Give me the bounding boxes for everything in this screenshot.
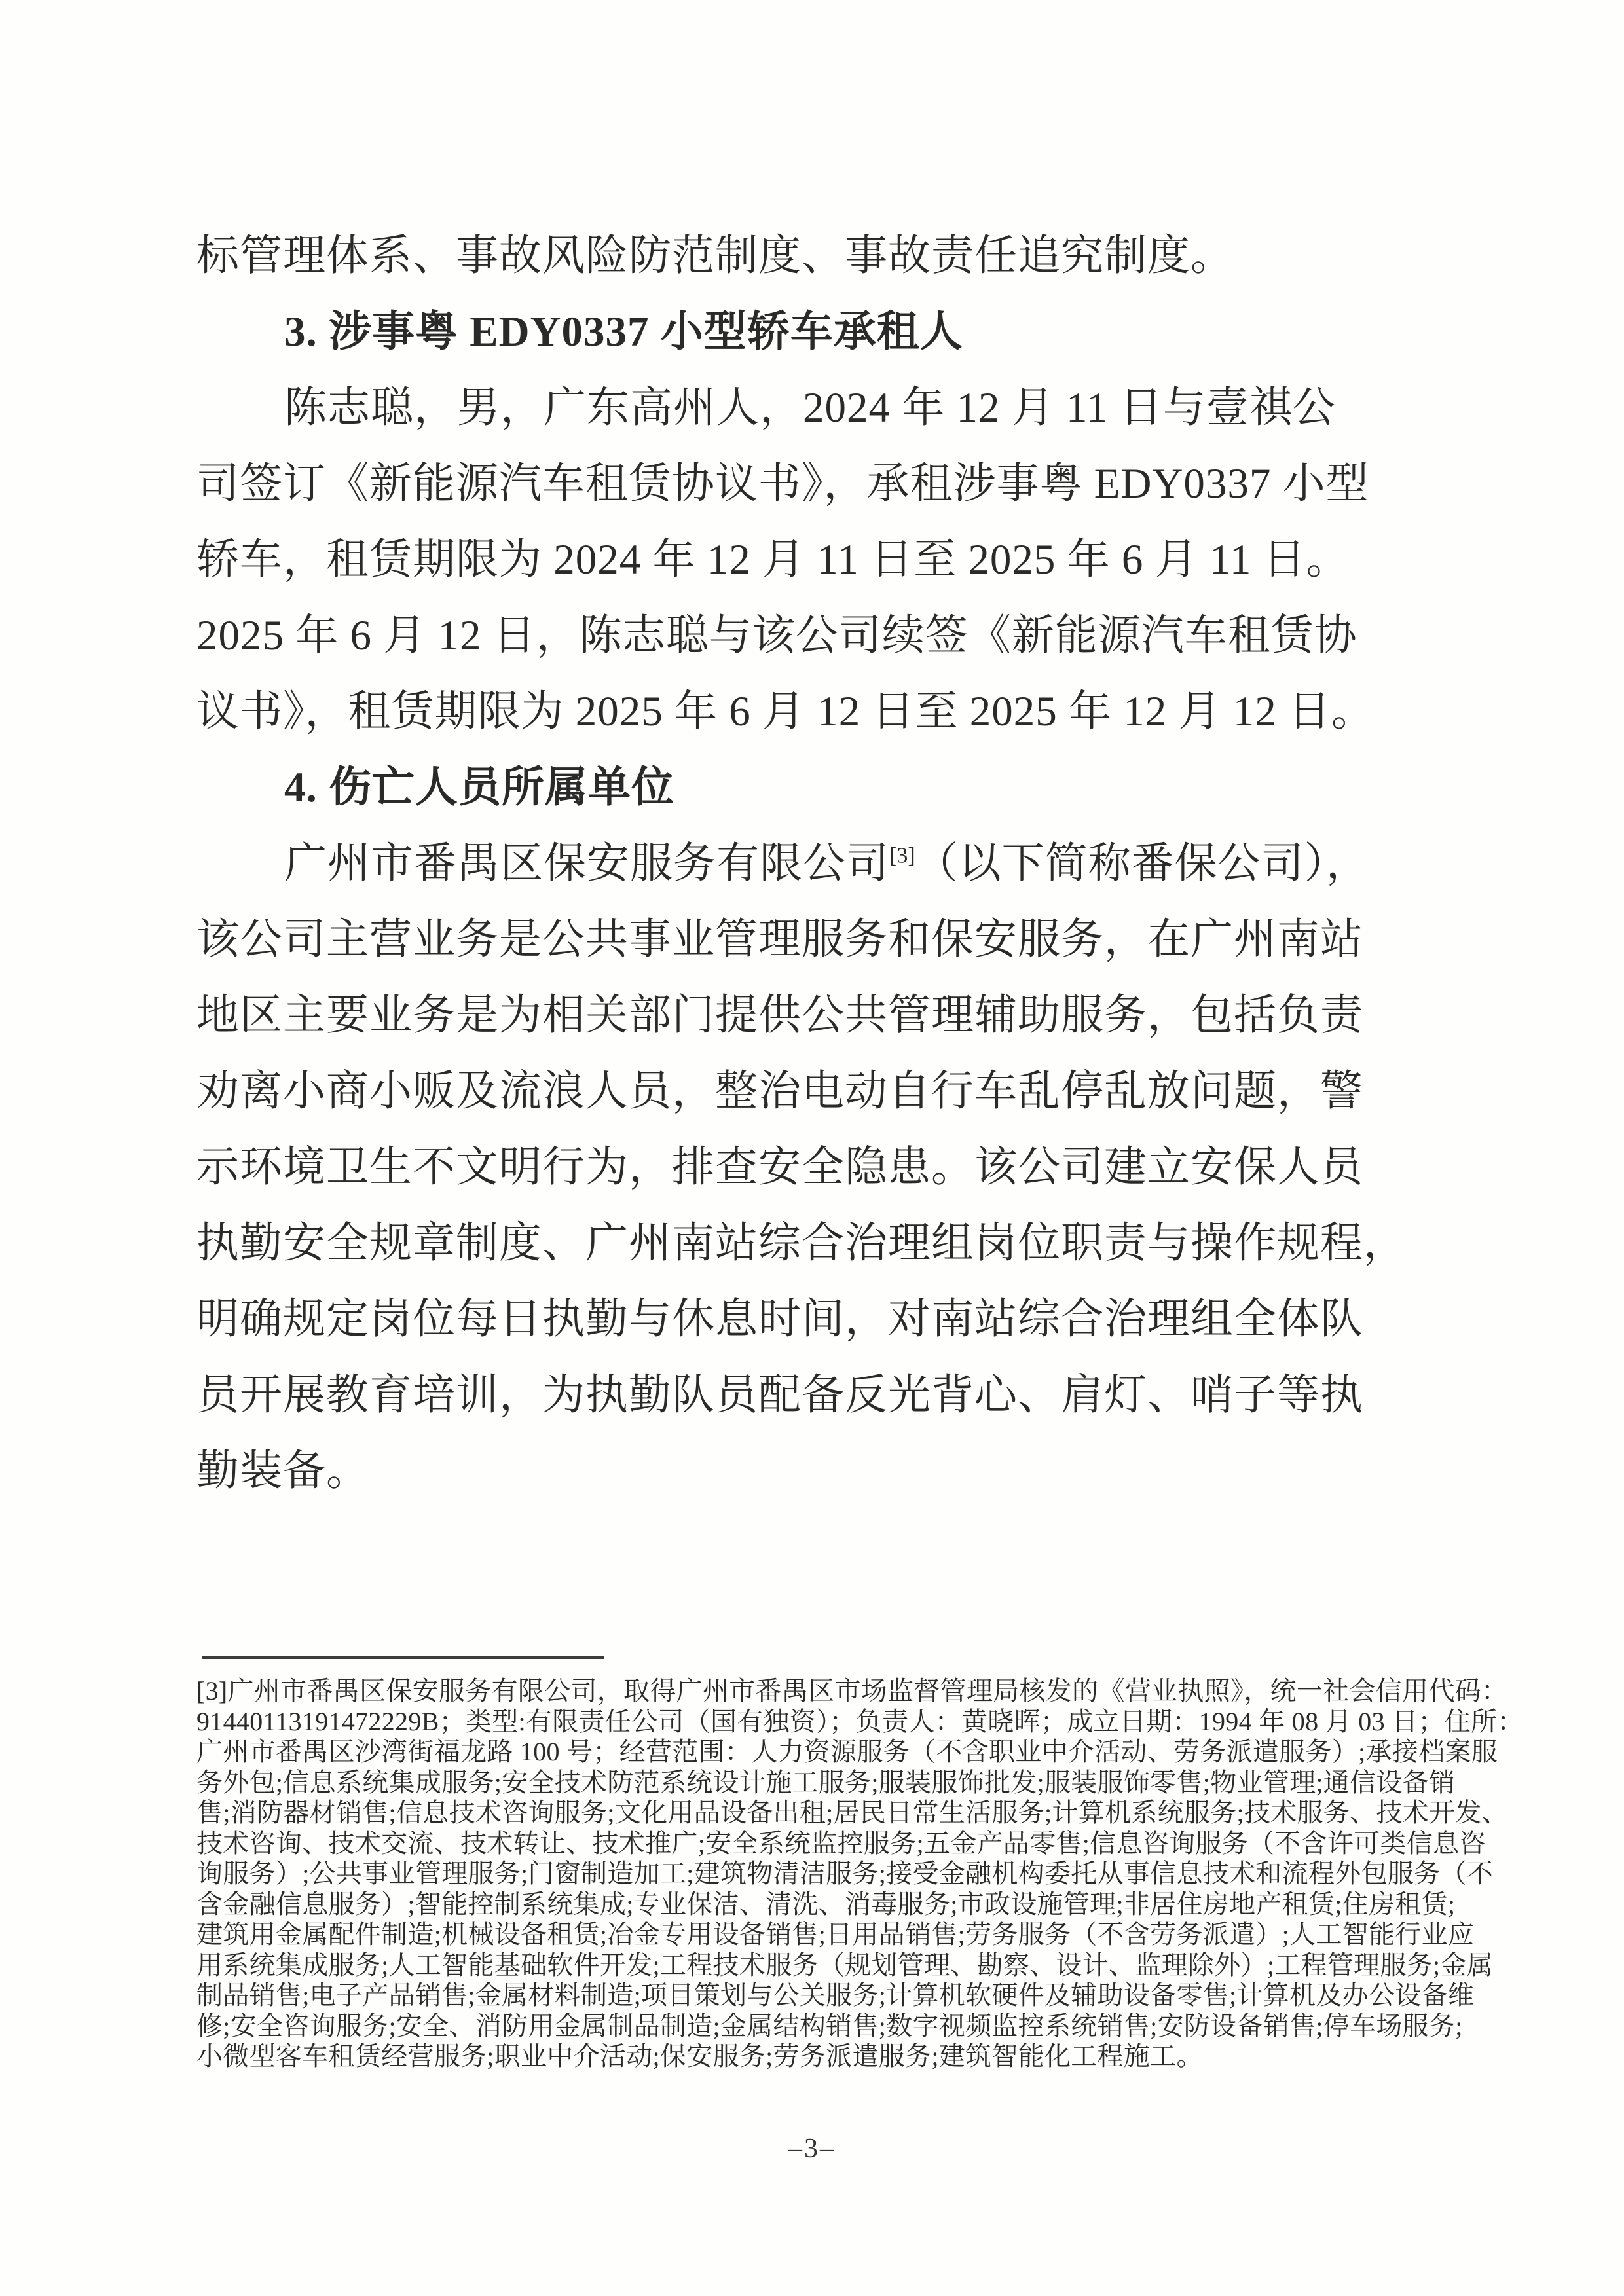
- footnote-line: [3]广州市番禺区保安服务有限公司，取得广州市番禺区市场监督管理局核发的《营业执…: [196, 1676, 1457, 1707]
- footnote-line: 询服务）;公共事业管理服务;门窗制造加工;建筑物清洁服务;接受金融机构委托从事信…: [196, 1859, 1457, 1889]
- body-line: 劝离小商小贩及流浪人员，整治电动自行车乱停乱放问题，警: [196, 1053, 1447, 1129]
- section-heading-4: 4. 伤亡人员所属单位: [196, 750, 1447, 826]
- body-line: 标管理体系、事故风险防范制度、事故责任追究制度。: [196, 218, 1447, 294]
- footnote-line: 售;消防器材销售;信息技术咨询服务;文化用品设备出租;居民日常生活服务;计算机系…: [196, 1798, 1457, 1829]
- body-line: 议书》，租赁期限为 2025 年 6 月 12 日至 2025 年 12 月 1…: [196, 674, 1447, 750]
- body-line: 勤装备。: [196, 1433, 1447, 1509]
- footnote-line: 含金融信息服务）;智能控制系统集成;专业保洁、清洗、消毒服务;市政设施管理;非居…: [196, 1889, 1457, 1920]
- footnote-line: 91440113191472229B；类型:有限责任公司（国有独资）；负责人：黄…: [196, 1707, 1457, 1738]
- footnote-line: 小微型客车租赁经营服务;职业中介活动;保安服务;劳务派遣服务;建筑智能化工程施工…: [196, 2041, 1457, 2072]
- body-line-text: （以下简称番保公司），: [915, 840, 1370, 887]
- body-line: 执勤安全规章制度、广州南站综合治理组岗位职责与操作规程，: [196, 1205, 1447, 1281]
- footnote-separator-rule: [202, 1656, 604, 1659]
- body-line: 员开展教育培训，为执勤队员配备反光背心、肩灯、哨子等执: [196, 1357, 1447, 1433]
- body-line: 地区主要业务是为相关部门提供公共管理辅助服务，包括负责: [196, 977, 1447, 1053]
- body-line: 陈志聪，男，广东高州人，2024 年 12 月 11 日与壹祺公: [196, 370, 1447, 446]
- footnote-line: 建筑用金属配件制造;机械设备租赁;冶金专用设备销售;日用品销售;劳务服务（不含劳…: [196, 1920, 1457, 1950]
- footnote-line: 广州市番禺区沙湾街福龙路 100 号；经营范围：人力资源服务（不含职业中介活动、…: [196, 1737, 1457, 1768]
- footnote-line: 制品销售;电子产品销售;金属材料制造;项目策划与公关服务;计算机软硬件及辅助设备…: [196, 1980, 1457, 2011]
- body-line: 明确规定岗位每日执勤与休息时间，对南站综合治理组全体队: [196, 1281, 1447, 1357]
- body-line: 示环境卫生不文明行为，排查安全隐患。该公司建立安保人员: [196, 1129, 1447, 1205]
- footnote-line: 修;安全咨询服务;安全、消防用金属制品制造;金属结构销售;数字视频监控系统销售;…: [196, 2011, 1457, 2042]
- body-text: 标管理体系、事故风险防范制度、事故责任追究制度。 3. 涉事粤 EDY0337 …: [196, 218, 1447, 1509]
- body-line: 2025 年 6 月 12 日，陈志聪与该公司续签《新能源汽车租赁协: [196, 598, 1447, 674]
- document-page: 标管理体系、事故风险防范制度、事故责任追究制度。 3. 涉事粤 EDY0337 …: [0, 0, 1624, 2296]
- footnote-block: [3]广州市番禺区保安服务有限公司，取得广州市番禺区市场监督管理局核发的《营业执…: [196, 1676, 1457, 2072]
- footnote-ref-3: [3]: [889, 843, 915, 867]
- footnote-line: 技术咨询、技术交流、技术转让、技术推广;安全系统监控服务;五金产品零售;信息咨询…: [196, 1829, 1457, 1859]
- page-number: –3–: [0, 2133, 1624, 2164]
- footnote-line: 用系统集成服务;人工智能基础软件开发;工程技术服务（规划管理、勘察、设计、监理除…: [196, 1950, 1457, 1981]
- body-line: 该公司主营业务是公共事业管理服务和保安服务，在广州南站: [196, 902, 1447, 977]
- section-heading-3: 3. 涉事粤 EDY0337 小型轿车承租人: [196, 294, 1447, 370]
- footnote-line: 务外包;信息系统集成服务;安全技术防范系统设计施工服务;服装服饰批发;服装服饰零…: [196, 1768, 1457, 1798]
- body-line: 司签订《新能源汽车租赁协议书》，承租涉事粤 EDY0337 小型: [196, 446, 1447, 522]
- company-name: 广州市番禺区保安服务有限公司: [284, 840, 889, 887]
- body-line: 轿车，租赁期限为 2024 年 12 月 11 日至 2025 年 6 月 11…: [196, 522, 1447, 598]
- body-line: 广州市番禺区保安服务有限公司[3]（以下简称番保公司），: [196, 826, 1447, 902]
